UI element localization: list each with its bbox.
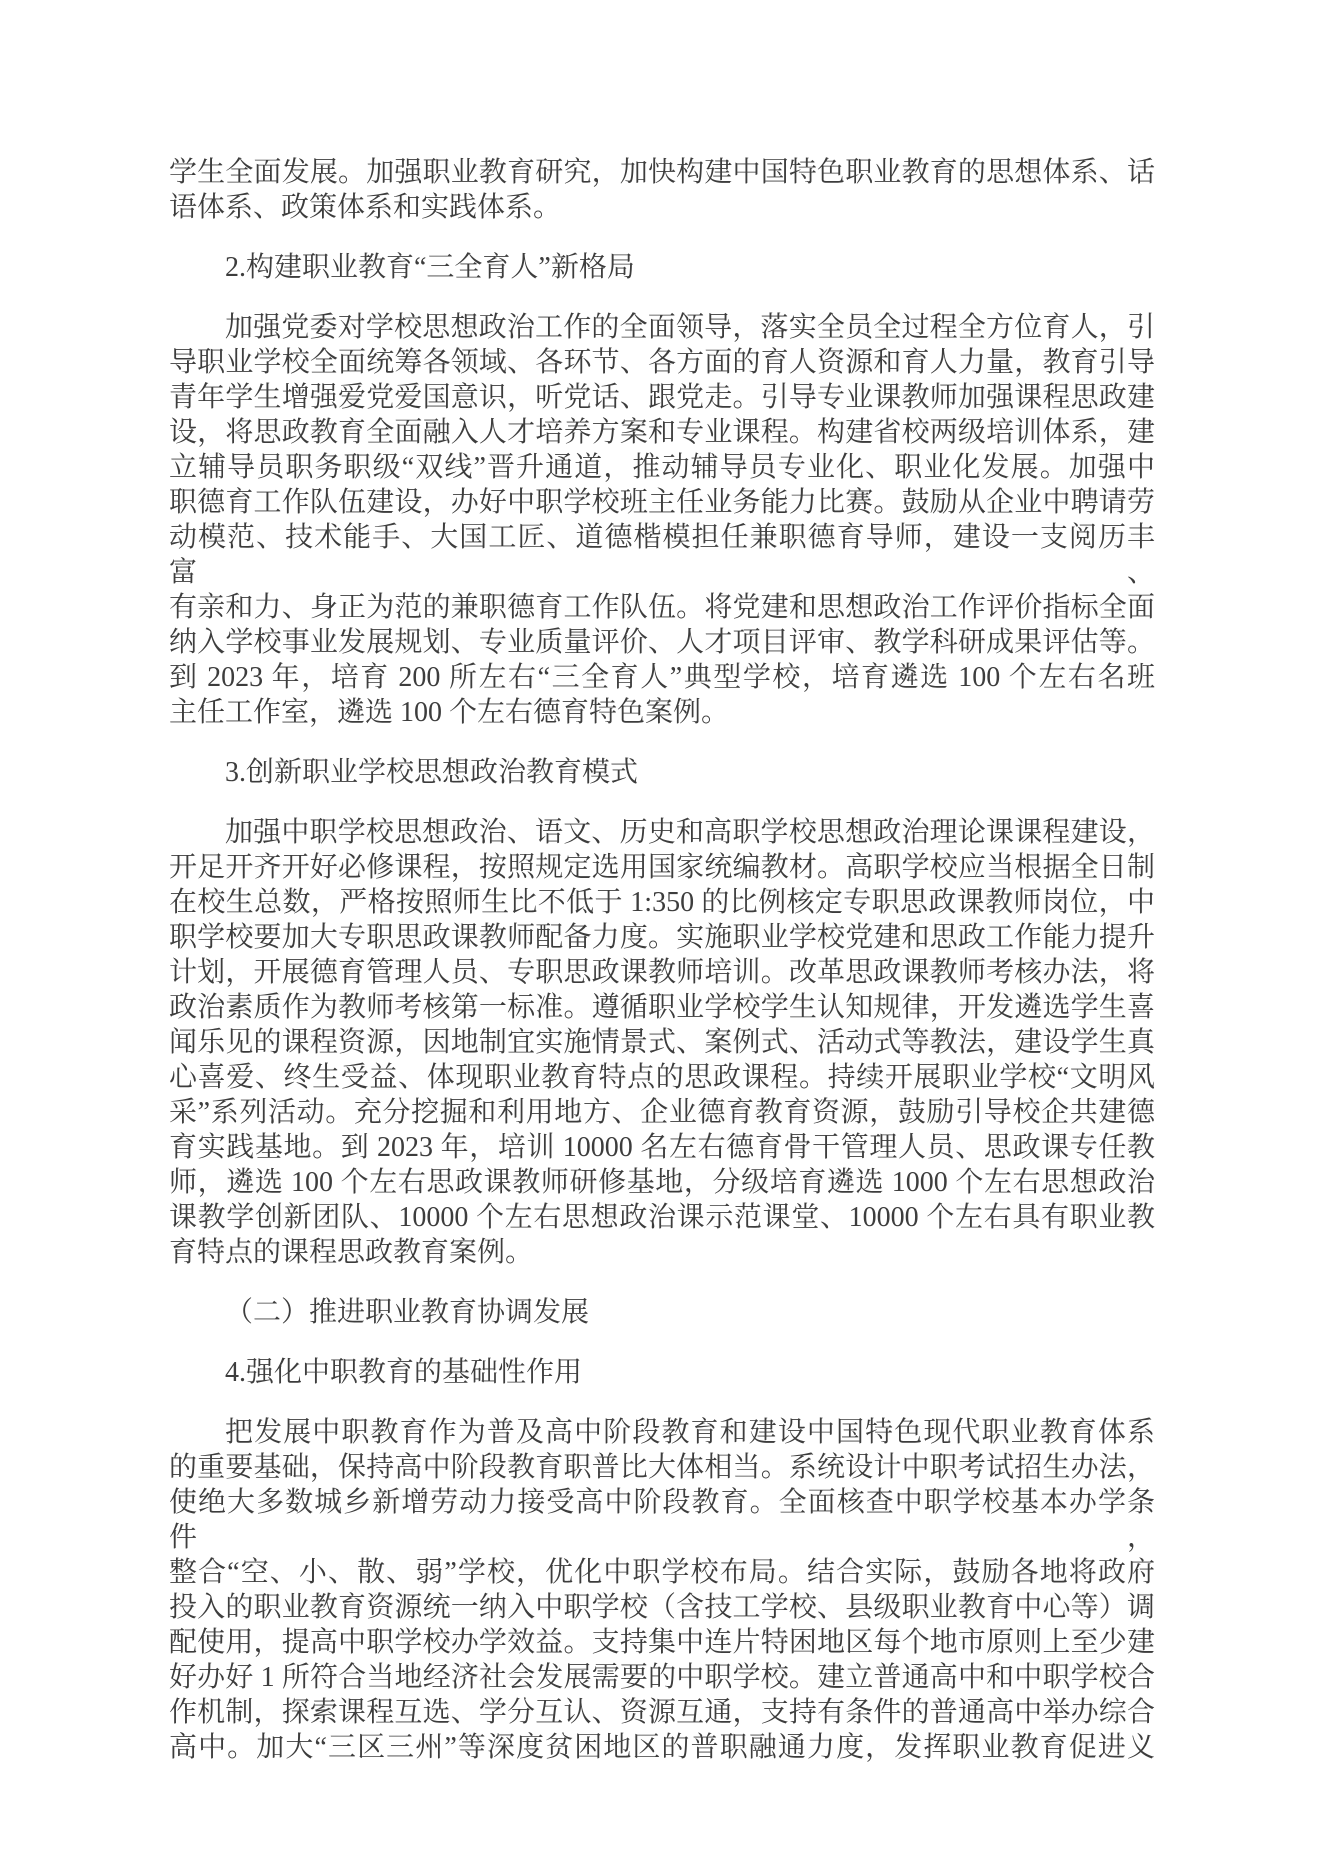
text-line: 设，将思政教育全面融入人才培养方案和专业课程。构建省校两级培训体系，建 [169,415,1155,450]
text-line: 学生全面发展。加强职业教育研究，加快构建中国特色职业教育的思想体系、话 [169,155,1155,190]
text-line: 好办好 1 所符合当地经济社会发展需要的中职学校。建立普通高中和中职学校合 [169,1660,1155,1695]
text-line: 心喜爱、终生受益、体现职业教育特点的思政课程。持续开展职业学校“文明风 [169,1060,1155,1095]
text-line: 政治素质作为教师考核第一标准。遵循职业学校学生认知规律，开发遴选学生喜 [169,990,1155,1025]
text-line: 青年学生增强爱党爱国意识，听党话、跟党走。引导专业课教师加强课程思政建 [169,380,1155,415]
text-line: 职德育工作队伍建设，办好中职学校班主任业务能力比赛。鼓励从企业中聘请劳 [169,485,1155,520]
text-line: 计划，开展德育管理人员、专职思政课教师培训。改革思政课教师考核办法，将 [169,955,1155,990]
text-line: 师，遴选 100 个左右思政课教师研修基地，分级培育遴选 1000 个左右思想政… [169,1165,1155,1200]
text-line: 把发展中职教育作为普及高中阶段教育和建设中国特色现代职业教育体系 [169,1415,1155,1450]
heading-item-2: 2.构建职业教育“三全育人”新格局 [169,250,1155,285]
text-line: 育特点的课程思政教育案例。 [169,1235,1155,1270]
text-line: 职学校要加大专职思政课教师配备力度。实施职业学校党建和思政工作能力提升 [169,920,1155,955]
text-line: 课教学创新团队、10000 个左右思想政治课示范课堂、10000 个左右具有职业… [169,1200,1155,1235]
text-line: 加强党委对学校思想政治工作的全面领导，落实全员全过程全方位育人，引 [169,310,1155,345]
text-line: 作机制，探索课程互选、学分互认、资源互通，支持有条件的普通高中举办综合 [169,1695,1155,1730]
heading-item-3: 3.创新职业学校思想政治教育模式 [169,755,1155,790]
text-line: 到 2023 年，培育 200 所左右“三全育人”典型学校，培育遴选 100 个… [169,660,1155,695]
paragraph-2: 加强党委对学校思想政治工作的全面领导，落实全员全过程全方位育人，引 导职业学校全… [169,310,1155,730]
text-line: 开足开齐开好必修课程，按照规定选用国家统编教材。高职学校应当根据全日制 [169,850,1155,885]
text-line: 的重要基础，保持高中阶段教育职普比大体相当。系统设计中职考试招生办法， [169,1450,1155,1485]
text-line: 加强中职学校思想政治、语文、历史和高职学校思想政治理论课课程建设， [169,815,1155,850]
text-line: 立辅导员职务职级“双线”晋升通道，推动辅导员专业化、职业化发展。加强中 [169,450,1155,485]
text-line: 整合“空、小、散、弱”学校，优化中职学校布局。结合实际，鼓励各地将政府 [169,1555,1155,1590]
document-page: 学生全面发展。加强职业教育研究，加快构建中国特色职业教育的思想体系、话 语体系、… [169,155,1155,1765]
text-line: 动模范、技术能手、大国工匠、道德楷模担任兼职德育导师，建设一支阅历丰富、 [169,520,1155,590]
text-line: 纳入学校事业发展规划、专业质量评价、人才项目评审、教学科研成果评估等。 [169,625,1155,660]
text-line: 主任工作室，遴选 100 个左右德育特色案例。 [169,695,1155,730]
text-line: 育实践基地。到 2023 年，培训 10000 名左右德育骨干管理人员、思政课专… [169,1130,1155,1165]
text-line: 闻乐见的课程资源，因地制宜实施情景式、案例式、活动式等教法，建设学生真 [169,1025,1155,1060]
text-line: 使绝大多数城乡新增劳动力接受高中阶段教育。全面核查中职学校基本办学条件， [169,1485,1155,1555]
text-line: 投入的职业教育资源统一纳入中职学校（含技工学校、县级职业教育中心等）调 [169,1590,1155,1625]
paragraph-4: 把发展中职教育作为普及高中阶段教育和建设中国特色现代职业教育体系 的重要基础，保… [169,1415,1155,1765]
text-line: 在校生总数，严格按照师生比不低于 1:350 的比例核定专职思政课教师岗位，中 [169,885,1155,920]
paragraph-3: 加强中职学校思想政治、语文、历史和高职学校思想政治理论课课程建设， 开足开齐开好… [169,815,1155,1270]
text-line: 高中。加大“三区三州”等深度贫困地区的普职融通力度，发挥职业教育促进义 [169,1730,1155,1765]
heading-item-4: 4.强化中职教育的基础性作用 [169,1355,1155,1390]
text-line: 采”系列活动。充分挖掘和利用地方、企业德育教育资源，鼓励引导校企共建德 [169,1095,1155,1130]
paragraph-intro: 学生全面发展。加强职业教育研究，加快构建中国特色职业教育的思想体系、话 语体系、… [169,155,1155,225]
text-line: 有亲和力、身正为范的兼职德育工作队伍。将党建和思想政治工作评价指标全面 [169,590,1155,625]
heading-section-2: （二）推进职业教育协调发展 [169,1295,1155,1330]
text-line: 导职业学校全面统筹各领域、各环节、各方面的育人资源和育人力量，教育引导 [169,345,1155,380]
text-line: 语体系、政策体系和实践体系。 [169,190,1155,225]
text-line: 配使用，提高中职学校办学效益。支持集中连片特困地区每个地市原则上至少建 [169,1625,1155,1660]
